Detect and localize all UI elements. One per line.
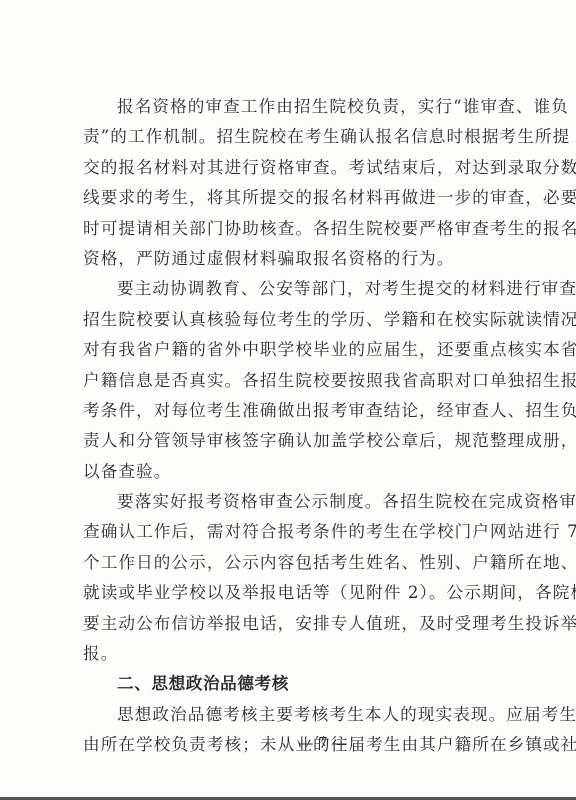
text-line: 时可提请相关部门协助核查。各招生院校要严格审查考生的报名: [83, 214, 513, 244]
document-page: 报名资格的审查工作由招生院校负责，实行“谁审查、谁负 责”的工作机制。招生院校在…: [0, 0, 576, 800]
text-line: 报名资格的审查工作由招生院校负责，实行“谁审查、谁负: [83, 92, 513, 122]
page-number: — 7 —: [0, 734, 576, 752]
text-line: 个工作日的公示，公示内容包括考生姓名、性别、户籍所在地、: [83, 548, 513, 578]
text-line: 对有我省户籍的省外中职学校毕业的应届生，还要重点核实本省: [83, 335, 513, 365]
text-line: 要主动公布信访举报电话，安排专人值班，及时受理考生投诉举: [83, 609, 513, 639]
text-line: 就读或毕业学校以及举报电话等（见附件 2）。公示期间，各院校: [83, 578, 513, 608]
text-line: 以备查验。: [83, 457, 513, 487]
text-line: 责人和分管领导审核签字确认加盖学校公章后，规范整理成册，: [83, 426, 513, 456]
section-heading: 二、思想政治品德考核: [83, 669, 513, 699]
text-line: 交的报名材料对其进行资格审查。考试结束后，对达到录取分数: [83, 153, 513, 183]
text-line: 查确认工作后，需对符合报考条件的考生在学校门户网站进行 7: [83, 517, 513, 547]
text-line: 报。: [83, 639, 513, 669]
text-line: 资格，严防通过虚假材料骗取报名资格的行为。: [83, 244, 513, 274]
text-line: 要主动协调教育、公安等部门，对考生提交的材料进行审查。: [83, 274, 513, 304]
text-line: 要落实好报考资格审查公示制度。各招生院校在完成资格审: [83, 487, 513, 517]
text-line: 思想政治品德考核主要考核考生本人的现实表现。应届考生: [83, 700, 513, 730]
text-line: 线要求的考生，将其所提交的报名材料再做进一步的审查，必要: [83, 183, 513, 213]
text-line: 考条件，对每位考生准确做出报考审查结论，经审查人、招生负: [83, 396, 513, 426]
text-line: 招生院校要认真核验每位考生的学历、学籍和在校实际就读情况；: [83, 305, 513, 335]
text-line: 户籍信息是否真实。各招生院校要按照我省高职对口单独招生报: [83, 366, 513, 396]
text-line: 责”的工作机制。招生院校在考生确认报名信息时根据考生所提: [83, 122, 513, 152]
document-body: 报名资格的审查工作由招生院校负责，实行“谁审查、谁负 责”的工作机制。招生院校在…: [83, 92, 513, 761]
